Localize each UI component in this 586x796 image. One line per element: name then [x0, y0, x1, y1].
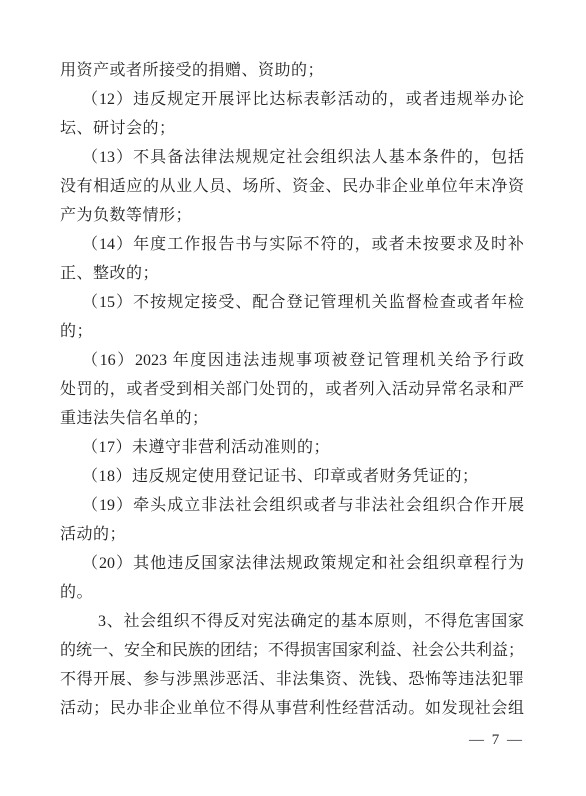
list-item-14: （14）年度工作报告书与实际不符的，或者未按要求及时补 正、整改的；	[60, 230, 524, 288]
text-line: 用资产或者所接受的捐赠、资助的；	[60, 56, 524, 85]
list-item-19: （19）牵头成立非法社会组织或者与非法社会组织合作开展 活动的；	[60, 491, 524, 549]
text-line: 正、整改的；	[60, 259, 524, 288]
paragraph-continuation: 用资产或者所接受的捐赠、资助的；	[60, 56, 524, 85]
text-line: 的。	[60, 578, 524, 607]
text-line: （14）年度工作报告书与实际不符的，或者未按要求及时补	[60, 230, 524, 259]
list-item-17: （17）未遵守非营利活动准则的；	[60, 433, 524, 462]
list-item-12: （12）违反规定开展评比达标表彰活动的，或者违规举办论 坛、研讨会的；	[60, 85, 524, 143]
document-body: 用资产或者所接受的捐赠、资助的； （12）违反规定开展评比达标表彰活动的，或者违…	[60, 56, 524, 723]
paragraph-3: 3、社会组织不得反对宪法确定的基本原则，不得危害国家 的统一、安全和民族的团结；…	[60, 607, 524, 723]
text-line: （19）牵头成立非法社会组织或者与非法社会组织合作开展	[60, 491, 524, 520]
text-line: （20）其他违反国家法律法规政策规定和社会组织章程行为	[60, 549, 524, 578]
text-line: （13）不具备法律法规规定社会组织法人基本条件的，包括	[60, 143, 524, 172]
text-line: 产为负数等情形；	[60, 201, 524, 230]
list-item-16: （16）2023 年度因违法违规事项被登记管理机关给予行政 处罚的，或者受到相关…	[60, 346, 524, 433]
text-line: 没有相适应的从业人员、场所、资金、民办非企业单位年末净资	[60, 172, 524, 201]
text-line: 的统一、安全和民族的团结；不得损害国家利益、社会公共利益；	[60, 636, 524, 665]
text-line: （15）不按规定接受、配合登记管理机关监督检查或者年检	[60, 288, 524, 317]
text-line: 重违法失信名单的；	[60, 404, 524, 433]
text-line: （18）违反规定使用登记证书、印章或者财务凭证的；	[60, 462, 524, 491]
text-line: （12）违反规定开展评比达标表彰活动的，或者违规举办论	[60, 85, 524, 114]
list-item-15: （15）不按规定接受、配合登记管理机关监督检查或者年检 的；	[60, 288, 524, 346]
list-item-20: （20）其他违反国家法律法规政策规定和社会组织章程行为 的。	[60, 549, 524, 607]
text-line: （16）2023 年度因违法违规事项被登记管理机关给予行政	[60, 346, 524, 375]
list-item-18: （18）违反规定使用登记证书、印章或者财务凭证的；	[60, 462, 524, 491]
text-line: 活动；民办非企业单位不得从事营利性经营活动。如发现社会组	[60, 694, 524, 723]
text-line: 3、社会组织不得反对宪法确定的基本原则，不得危害国家	[60, 607, 524, 636]
list-item-13: （13）不具备法律法规规定社会组织法人基本条件的，包括 没有相适应的从业人员、场…	[60, 143, 524, 230]
text-line: （17）未遵守非营利活动准则的；	[60, 433, 524, 462]
document-page: 用资产或者所接受的捐赠、资助的； （12）违反规定开展评比达标表彰活动的，或者违…	[0, 0, 586, 796]
text-line: 坛、研讨会的；	[60, 114, 524, 143]
page-number: — 7 —	[469, 729, 524, 751]
text-line: 处罚的，或者受到相关部门处罚的，或者列入活动异常名录和严	[60, 375, 524, 404]
text-line: 不得开展、参与涉黑涉恶活、非法集资、洗钱、恐怖等违法犯罪	[60, 665, 524, 694]
text-line: 的；	[60, 317, 524, 346]
text-line: 活动的；	[60, 520, 524, 549]
